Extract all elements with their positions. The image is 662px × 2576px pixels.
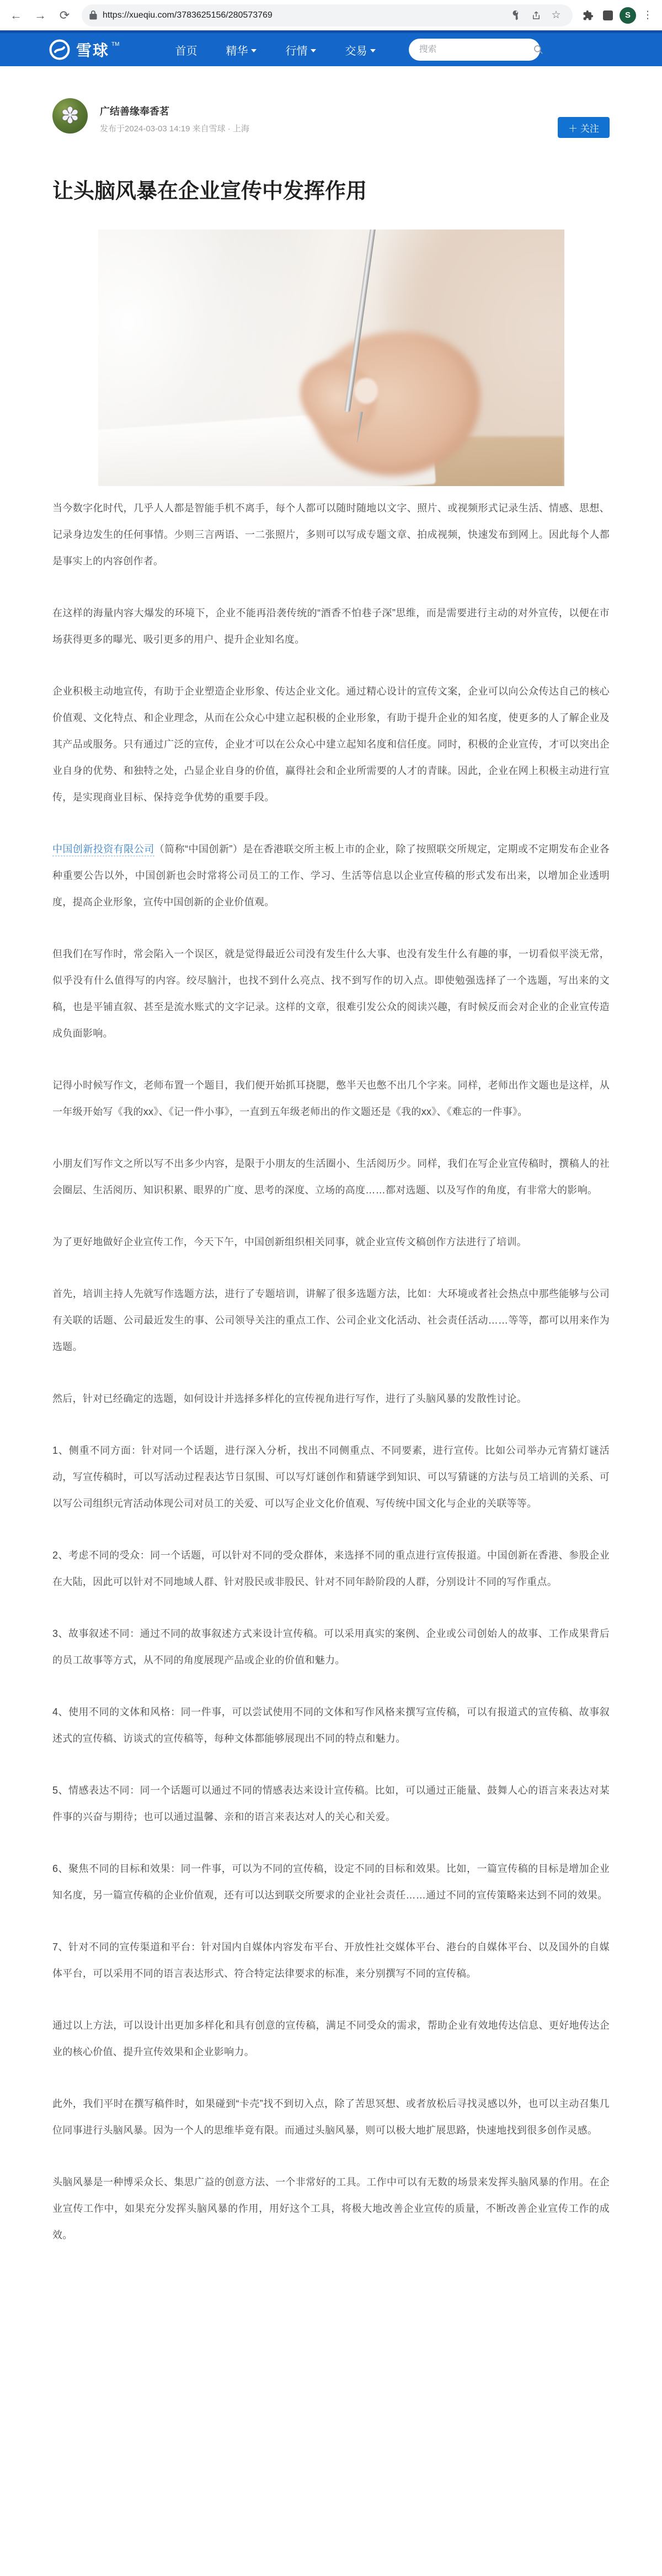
article-paragraph: 企业积极主动地宣传，有助于企业塑造企业形象、传达企业文化。通过精心设计的宣传文案…: [52, 678, 610, 810]
password-key-icon[interactable]: [508, 7, 525, 24]
snowball-logo-icon: [49, 39, 71, 61]
follow-button[interactable]: ＋ 关注: [558, 117, 610, 138]
article-paragraph: 2、考虑不同的受众：同一个话题，可以针对不同的受众群体，来选择不同的重点进行宣传…: [52, 1542, 610, 1595]
chevron-down-icon: [370, 49, 376, 52]
nav-item-quotes[interactable]: 行情: [285, 42, 316, 58]
brand-name: 雪球: [76, 39, 109, 61]
article-paragraph: 为了更好地做好企业宣传工作，今天下午，中国创新组织相关同事，就企业宣传文稿创作方…: [52, 1229, 610, 1255]
article-paragraph: 1、侧重不同方面：针对同一个话题，进行深入分析，找出不同侧重点、不同要素，进行宣…: [52, 1437, 610, 1517]
brand-tm: TM: [111, 41, 119, 47]
article-paragraph: 中国创新投资有限公司（简称“中国创新”）是在香港联交所主板上市的企业，除了按照联…: [52, 836, 610, 915]
address-bar[interactable]: https://xueqiu.com/3783625156/280573769 …: [82, 4, 573, 26]
profile-avatar[interactable]: S: [619, 7, 637, 24]
article-paragraph: 当今数字化时代，几乎人人都是智能手机不离手，每个人都可以随时随地以文字、照片、或…: [52, 495, 610, 574]
article-paragraph: 通过以上方法，可以设计出更加多样化和具有创意的宣传稿，满足不同受众的需求，帮助企…: [52, 2012, 610, 2065]
article-paragraph: 记得小时候写作文，老师布置一个题目，我们便开始抓耳挠腮，憋半天也憋不出几个字来。…: [52, 1072, 610, 1125]
screenshot-extension-icon[interactable]: [599, 7, 617, 24]
extensions-puzzle-icon[interactable]: [579, 7, 597, 24]
chrome-menu-icon[interactable]: ⋮: [639, 7, 656, 24]
main-nav: 首页精华行情交易: [175, 42, 376, 58]
back-icon[interactable]: ←: [6, 5, 26, 26]
browser-toolbar: ← → ⟳ https://xueqiu.com/3783625156/2805…: [0, 0, 662, 30]
site-header: 雪球 TM 首页精华行情交易: [0, 30, 662, 66]
nav-item-picks[interactable]: 精华: [226, 42, 257, 58]
stock-link[interactable]: 中国创新投资有限公司: [52, 844, 154, 856]
forward-icon[interactable]: →: [30, 5, 51, 26]
post-title: 让头脑风暴在企业宣传中发挥作用: [52, 179, 610, 205]
author-row: ✽ 广结善缘奉香茗 发布于2024-03-03 14:19 来自雪球 · 上海 …: [52, 98, 610, 143]
url-text: https://xueqiu.com/3783625156/280573769: [103, 10, 502, 20]
article-paragraph: 4、使用不同的文体和风格：同一件事，可以尝试使用不同的文体和写作风格来撰写宣传稿…: [52, 1699, 610, 1752]
article-paragraph: 在这样的海量内容大爆发的环境下，企业不能再沿袭传统的“酒香不怕巷子深”思维，而是…: [52, 600, 610, 653]
article-paragraph: 此外，我们平时在撰写稿件时，如果碰到“卡壳”找不到切入点，除了苦思冥想、或者放松…: [52, 2090, 610, 2143]
article-paragraph: 7、针对不同的宣传渠道和平台：针对国内自媒体内容发布平台、开放性社交媒体平台、港…: [52, 1934, 610, 1987]
chevron-down-icon: [311, 49, 316, 52]
author-name[interactable]: 广结善缘奉香茗: [100, 104, 169, 118]
article-body: 当今数字化时代，几乎人人都是智能手机不离手，每个人都可以随时随地以文字、照片、或…: [52, 495, 610, 2275]
share-icon[interactable]: [527, 7, 545, 24]
article-paragraph: 5、情感表达不同：同一个话题可以通过不同的情感表达来设计宣传稿。比如，可以通过正…: [52, 1777, 610, 1830]
article-page: ✽ 广结善缘奉香茗 发布于2024-03-03 14:19 来自雪球 · 上海 …: [52, 66, 610, 2275]
nav-item-trade[interactable]: 交易: [345, 42, 376, 58]
article-paragraph: 3、故事叙述不同：通过不同的故事叙述方式来设计宣传稿。可以采用真实的案例、企业或…: [52, 1620, 610, 1673]
author-avatar[interactable]: ✽: [52, 98, 88, 134]
post-meta: 发布于2024-03-03 14:19 来自雪球 · 上海: [100, 122, 249, 134]
article-paragraph: 但我们在写作时，常会陷入一个误区，就是觉得最近公司没有发生什么大事、也没有发生什…: [52, 941, 610, 1047]
reload-icon[interactable]: ⟳: [54, 5, 75, 26]
hero-image: [98, 230, 564, 486]
flower-avatar-icon: ✽: [61, 105, 79, 127]
article-paragraph: 小朋友们写作文之所以写不出多少内容，是限于小朋友的生活圈小、生活阅历少。同样，我…: [52, 1150, 610, 1203]
article-paragraph: 首先，培训主持人先就写作选题方法，进行了专题培训，讲解了很多选题方法，比如：大环…: [52, 1281, 610, 1360]
xueqiu-logo[interactable]: 雪球 TM: [49, 39, 122, 61]
search-icon[interactable]: [533, 44, 544, 55]
search-box[interactable]: [409, 39, 540, 61]
nav-item-home[interactable]: 首页: [175, 42, 197, 58]
article-paragraph: 6、聚焦不同的目标和效果：同一件事，可以为不同的宣传稿，设定不同的目标和效果。比…: [52, 1855, 610, 1908]
bookmark-star-icon[interactable]: ☆: [547, 7, 565, 24]
lock-icon: [89, 10, 97, 20]
chevron-down-icon: [251, 49, 257, 52]
search-input[interactable]: [419, 45, 533, 55]
article-paragraph: 头脑风暴是一种博采众长、集思广益的创意方法、一个非常好的工具。工作中可以有无数的…: [52, 2169, 610, 2248]
article-paragraph: 然后，针对已经确定的选题，如何设计并选择多样化的宣传视角进行写作，进行了头脑风暴…: [52, 1385, 610, 1412]
